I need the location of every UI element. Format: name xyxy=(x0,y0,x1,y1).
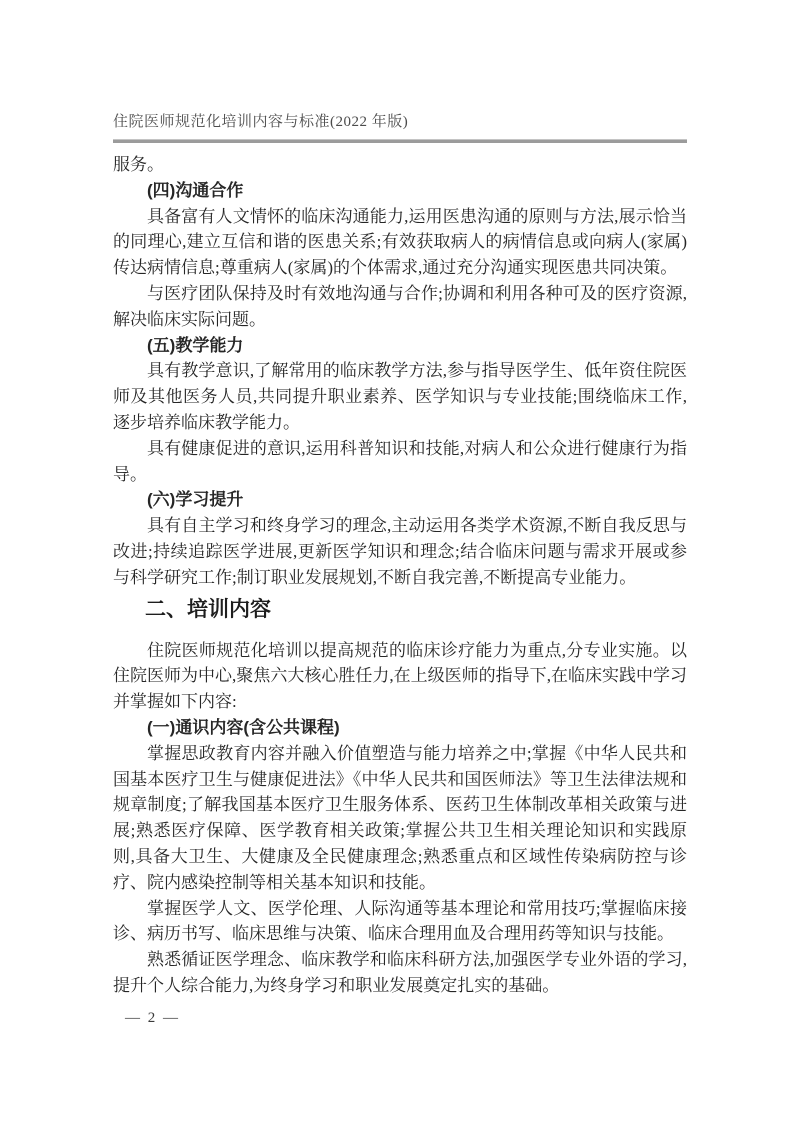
paragraph: 掌握医学人文、医学伦理、人际沟通等基本理论和常用技巧;掌握临床接诊、病历书写、临… xyxy=(113,896,687,948)
footer-page-number: — 2 — xyxy=(113,1006,687,1032)
subheading-section-4-communication: (四)沟通合作 xyxy=(113,178,687,204)
subheading-section-5-teaching: (五)教学能力 xyxy=(113,333,687,359)
body-text-column: 服务。 (四)沟通合作 具备富有人文情怀的临床沟通能力,运用医患沟通的原则与方法… xyxy=(113,152,687,1032)
paragraph: 具有教学意识,了解常用的临床教学方法,参与指导医学生、低年资住院医师及其他医务人… xyxy=(113,358,687,435)
paragraph: 掌握思政教育内容并融入价值塑造与能力培养之中;掌握《中华人民共和国基本医疗卫生与… xyxy=(113,741,687,896)
paragraph-continuation: 服务。 xyxy=(113,152,687,178)
subheading-section-6-learning: (六)学习提升 xyxy=(113,487,687,513)
subheading-section-1-general-content: (一)通识内容(含公共课程) xyxy=(113,715,687,741)
chapter-heading-training-content: 二、培训内容 xyxy=(113,595,687,625)
document-page: 住院医师规范化培训内容与标准(2022 年版) 服务。 (四)沟通合作 具备富有… xyxy=(0,0,800,1131)
paragraph: 住院医师规范化培训以提高规范的临床诊疗能力为重点,分专业实施。以住院医师为中心,… xyxy=(113,638,687,715)
running-title: 住院医师规范化培训内容与标准(2022 年版) xyxy=(113,112,687,132)
paragraph: 具有自主学习和终身学习的理念,主动运用各类学术资源,不断自我反思与改进;持续追踪… xyxy=(113,513,687,590)
paragraph: 熟悉循证医学理念、临床教学和临床科研方法,加强医学专业外语的学习,提升个人综合能… xyxy=(113,947,687,999)
page-header: 住院医师规范化培训内容与标准(2022 年版) xyxy=(113,112,687,143)
header-rule xyxy=(113,139,687,143)
paragraph: 与医疗团队保持及时有效地沟通与合作;协调和利用各种可及的医疗资源,解决临床实际问… xyxy=(113,281,687,333)
paragraph: 具备富有人文情怀的临床沟通能力,运用医患沟通的原则与方法,展示恰当的同理心,建立… xyxy=(113,204,687,281)
paragraph: 具有健康促进的意识,运用科普知识和技能,对病人和公众进行健康行为指导。 xyxy=(113,436,687,488)
